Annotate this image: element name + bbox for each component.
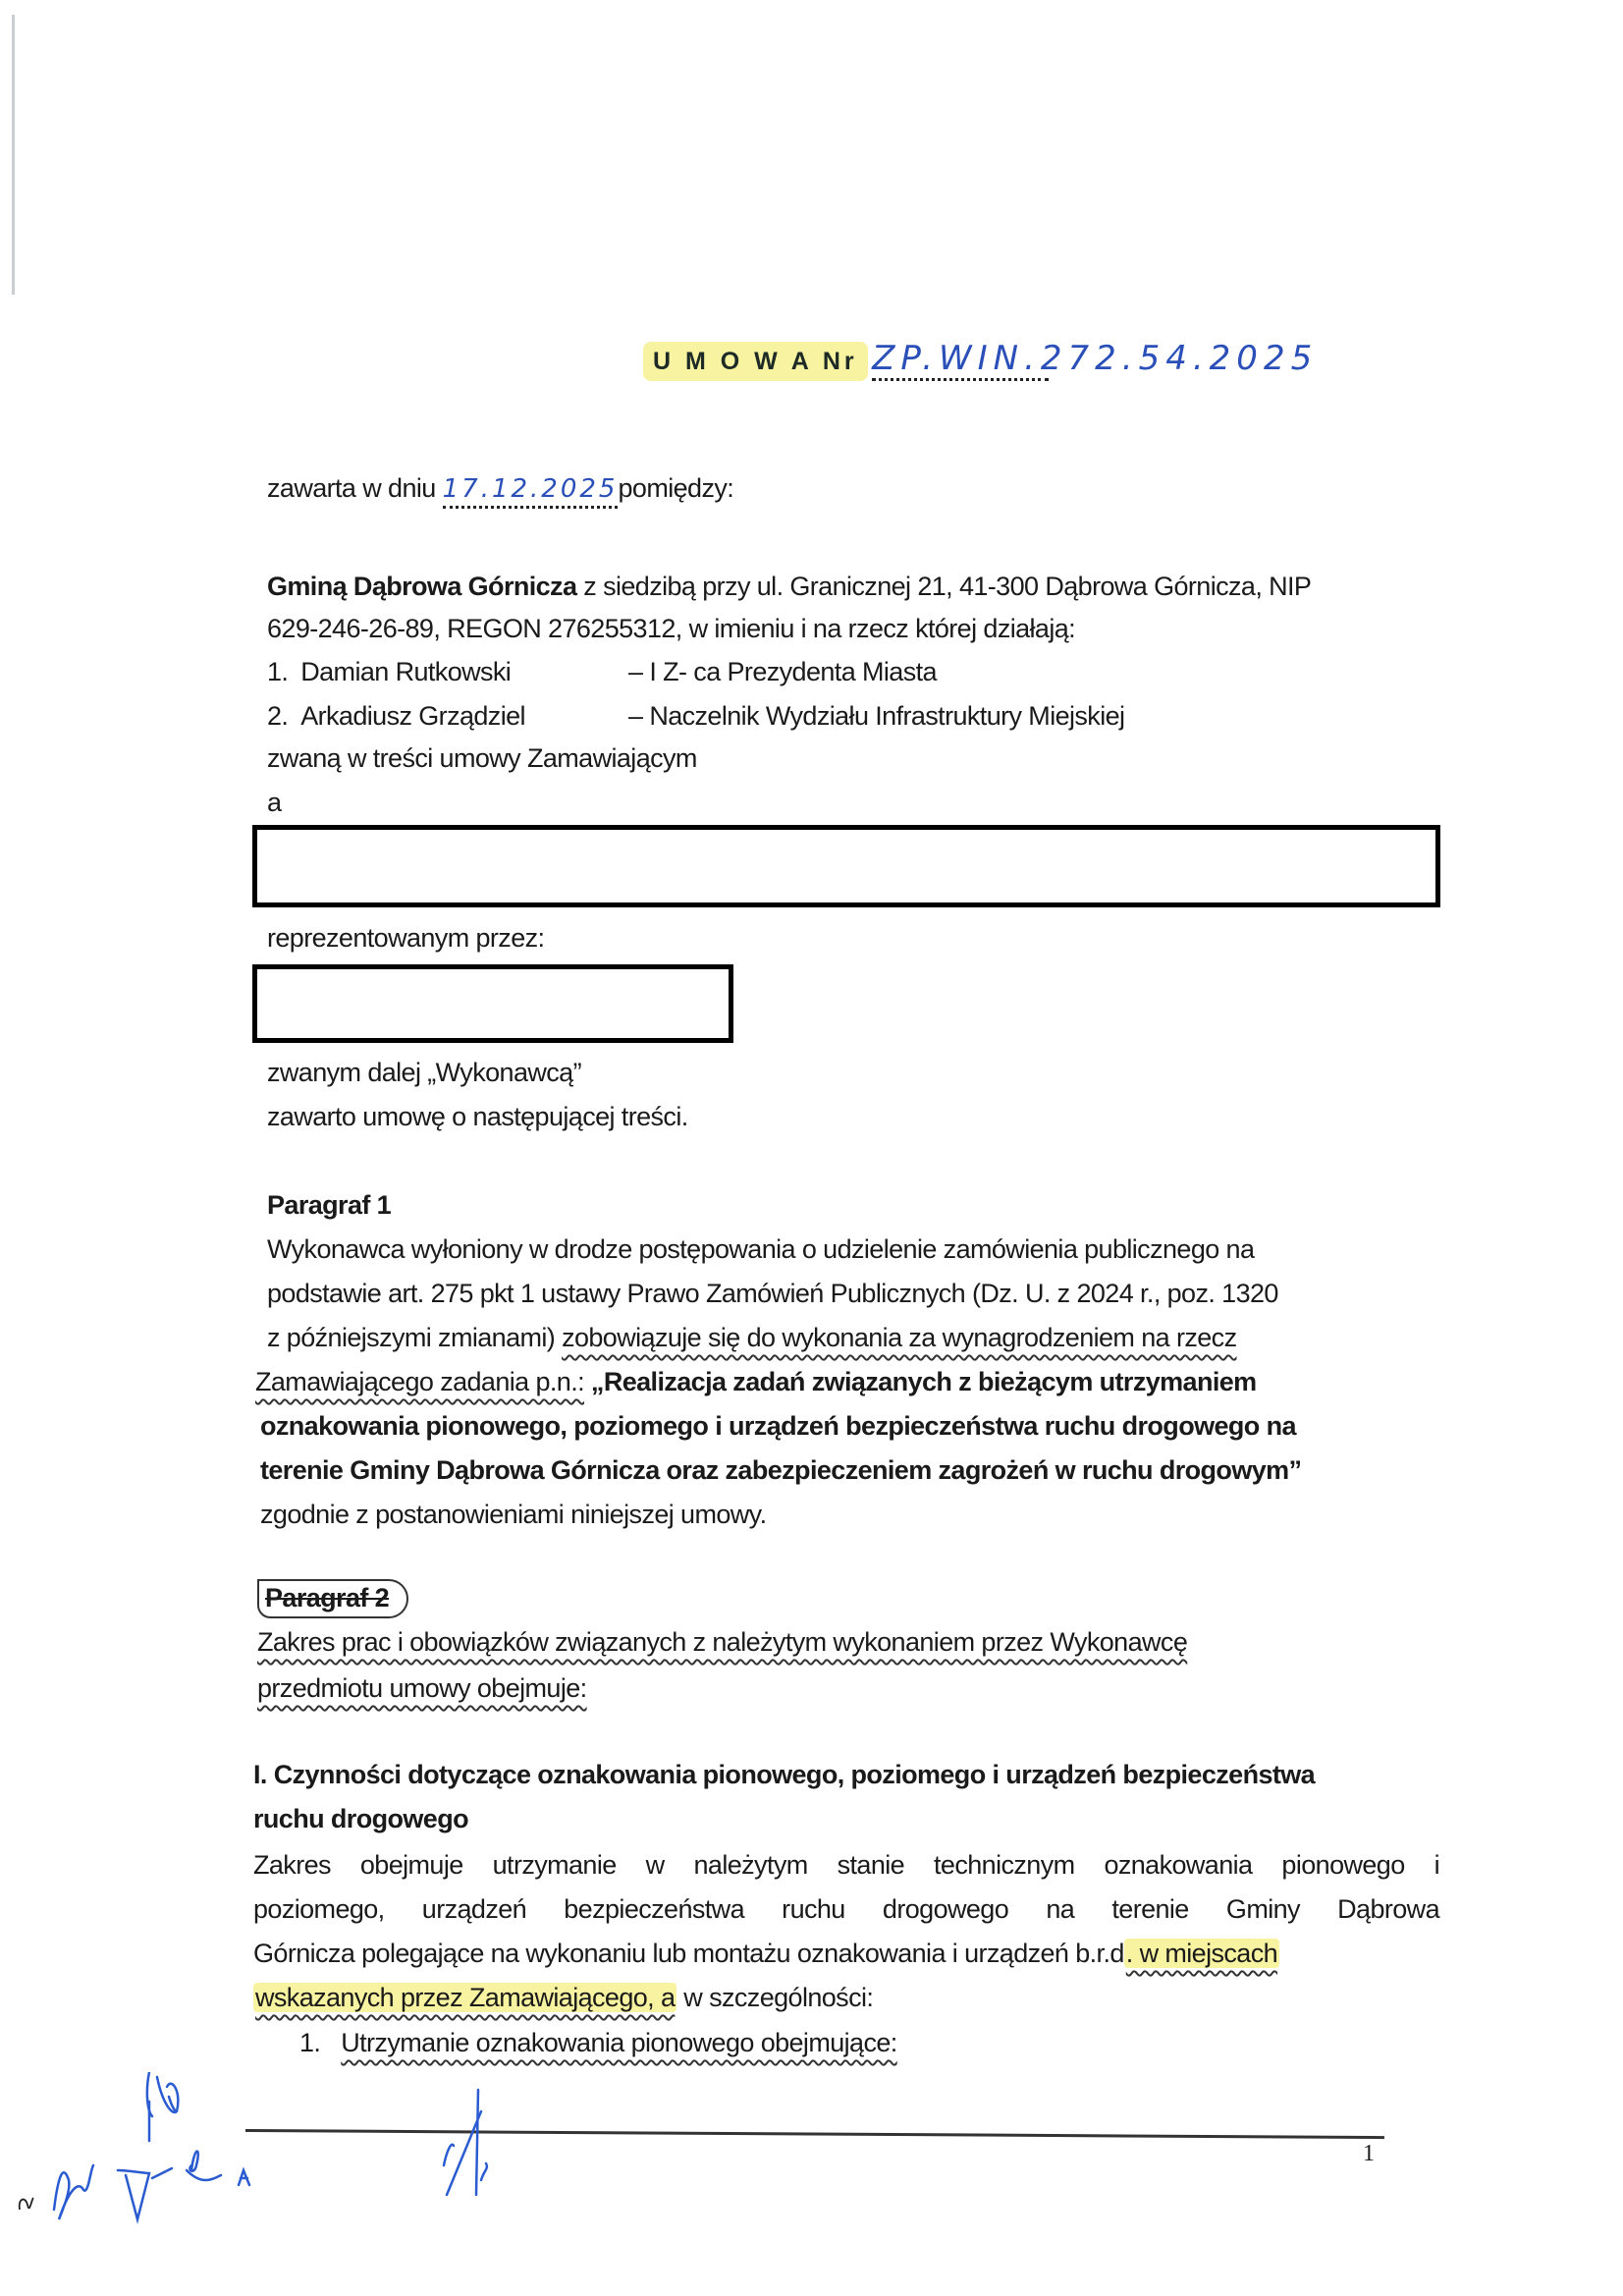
- section-i-heading-line1: I. Czynności dotyczące oznakowania piono…: [253, 1758, 1315, 1791]
- redacted-contractor-name-box: [252, 825, 1440, 907]
- contract-number: ZP.WIN.272.54.2025: [872, 339, 1049, 381]
- paragraph1-line4: Zamawiającego zadania p.n.: „Realizacja …: [255, 1365, 1257, 1398]
- paragraph1-heading: Paragraf 1: [267, 1188, 391, 1222]
- paragraph1-line3: z późniejszymi zmianami) zobowiązuje się…: [267, 1321, 1236, 1354]
- p1-underlined: zobowiązuje się do wykonania za wynagrod…: [562, 1323, 1236, 1352]
- paragraph1-closing: zgodnie z postanowieniami niniejszej umo…: [260, 1498, 766, 1531]
- section-i-heading-line2: ruchu drogowego: [253, 1802, 468, 1835]
- section-i-body-line4: wskazanych przez Zamawiającego, a w szcz…: [253, 1981, 873, 2014]
- rep-role: – I Z- ca Prezydenta Miasta: [628, 655, 937, 688]
- p1-plain: z późniejszymi zmianami): [267, 1323, 562, 1352]
- date-intro: zawarta w dniu: [267, 473, 436, 503]
- body-plain: Górnicza polegające na wykonaniu lub mon…: [253, 1939, 1124, 1968]
- contract-title: U M O W A Nr ZP.WIN.272.54.2025: [643, 339, 1049, 381]
- paragraph2-heading: Paragraf 2: [257, 1579, 408, 1618]
- paragraph1-line1: Wykonawca wyłoniony w drodze postępowani…: [267, 1232, 1254, 1266]
- handwritten-initials: [0, 2072, 1623, 2296]
- date-line: zawarta w dniu 17.12.2025pomiędzy:: [267, 471, 733, 509]
- party1-called: zwaną w treści umowy Zamawiającym: [267, 741, 697, 775]
- rep-num: 1.: [267, 657, 288, 686]
- paragraph1-line2: podstawie art. 275 pkt 1 ustawy Prawo Za…: [267, 1277, 1278, 1310]
- party1-name: Gminą Dąbrowa Górnicza: [267, 572, 576, 601]
- highlighted-text: . w miejscach: [1124, 1939, 1279, 1968]
- party1-address: z siedzibą przy ul. Granicznej 21, 41-30…: [576, 572, 1311, 601]
- contract-date: 17.12.2025: [443, 472, 619, 509]
- task-name-line3: terenie Gminy Dąbrowa Górnicza oraz zabe…: [260, 1453, 1301, 1487]
- representative-2: 2. Arkadiusz Grządziel: [267, 699, 525, 733]
- contract-concluded: zawarto umowę o następującej treści.: [267, 1100, 688, 1133]
- contractor-called: zwanym dalej „Wykonawcą”: [267, 1056, 581, 1089]
- rep-name: Arkadiusz Grządziel: [300, 701, 525, 731]
- party1-line1: Gminą Dąbrowa Górnicza z siedzibą przy u…: [267, 570, 1311, 603]
- list-num: 1.: [299, 2028, 320, 2057]
- paragraph2-intro-line1: Zakres prac i obowiązków związanych z na…: [257, 1625, 1187, 1659]
- title-prefix: U M O W A Nr: [643, 342, 868, 381]
- list-text: Utrzymanie oznakowania pionowego obejmuj…: [341, 2028, 896, 2057]
- date-outro: pomiędzy:: [618, 473, 733, 503]
- p2-underlined: przedmiotu umowy obejmuje:: [257, 1673, 587, 1703]
- rep-role: – Naczelnik Wydziału Infrastruktury Miej…: [628, 699, 1124, 733]
- party1-line2: 629-246-26-89, REGON 276255312, w imieni…: [267, 612, 1075, 645]
- list-item-1: 1. Utrzymanie oznakowania pionowego obej…: [299, 2026, 897, 2059]
- task-name-line2: oznakowania pionowego, poziomego i urząd…: [260, 1409, 1296, 1443]
- rep-num: 2.: [267, 701, 288, 731]
- p2-underlined: Zakres prac i obowiązków związanych z na…: [257, 1627, 1187, 1657]
- section-i-body-line1: Zakres obejmuje utrzymanie w należytym s…: [253, 1848, 1439, 1882]
- scan-page-edge: [12, 15, 15, 295]
- paragraph2-intro-line2: przedmiotu umowy obejmuje:: [257, 1671, 587, 1705]
- body-plain: w szczególności:: [676, 1983, 873, 2012]
- section-i-body-line3: Górnicza polegające na wykonaniu lub mon…: [253, 1937, 1279, 1970]
- highlighted-text: wskazanych przez Zamawiającego, a: [253, 1983, 676, 2012]
- redacted-representative-box: [252, 964, 733, 1043]
- task-name-start: „Realizacja zadań związanych z bieżącym …: [584, 1367, 1257, 1396]
- and-connector: a: [267, 786, 281, 819]
- represented-by: reprezentowanym przez:: [267, 921, 544, 955]
- p1-underlined: Zamawiającego zadania p.n.:: [255, 1367, 584, 1396]
- section-i-body-line2: poziomego, urządzeń bezpieczeństwa ruchu…: [253, 1892, 1439, 1926]
